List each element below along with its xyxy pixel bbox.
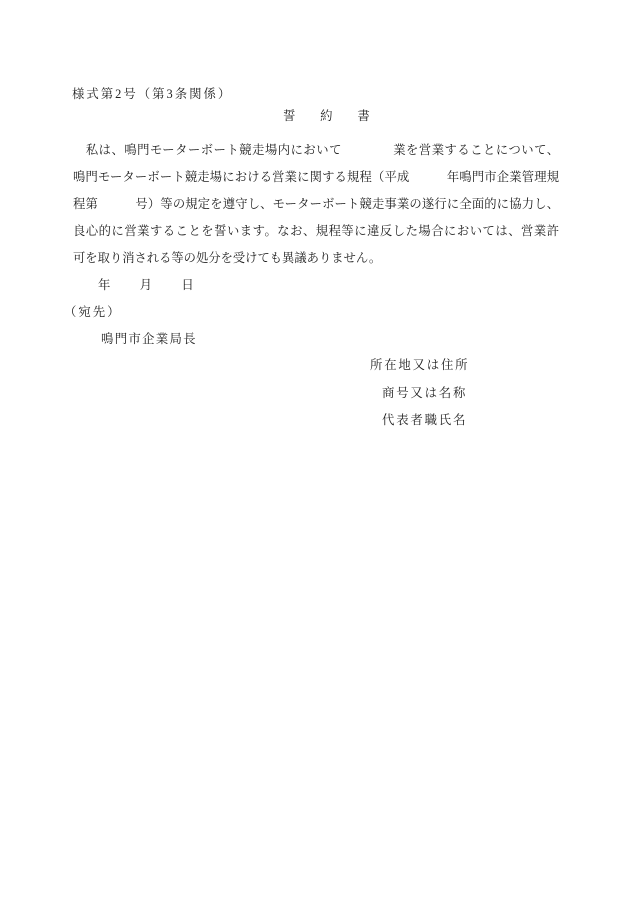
pledge-paragraph: 私は、鳴門モーターボート競走場内において 業を営業することについて、 鳴門モータ… [73,137,559,272]
document-title: 誓 約 書 [283,110,370,123]
signature-field-company-name: 商号又は名称 [370,387,467,400]
pledge-paragraph-line: 私は、鳴門モーターボート競走場内において 業を営業することについて、 [73,137,559,164]
pledge-paragraph-line: 良心的に営業することを誓います。なお、規程等に違反した場合においては、営業許 [73,218,559,245]
date-line: 年 月 日 [98,279,195,292]
signature-field-representative-name: 代表者職氏名 [370,414,467,427]
addressee-name: 鳴門市企業局長 [101,333,197,346]
addressee-label: （宛先） [64,306,122,319]
pledge-paragraph-line: 可を取り消される等の処分を受けても異議ありません。 [73,245,559,272]
signature-field-address: 所在地又は住所 [370,359,469,372]
pledge-document-page: 様式第2号（第3条関係） 誓 約 書 私は、鳴門モーターボート競走場内において … [0,0,630,903]
form-number: 様式第2号（第3条関係） [72,88,232,101]
pledge-paragraph-line: 鳴門モーターボート競走場における営業に関する規程（平成 年鳴門市企業管理規 [73,164,559,191]
pledge-paragraph-line: 程第 号）等の規定を遵守し、モーターボート競走事業の遂行に全面的に協力し、 [73,191,559,218]
